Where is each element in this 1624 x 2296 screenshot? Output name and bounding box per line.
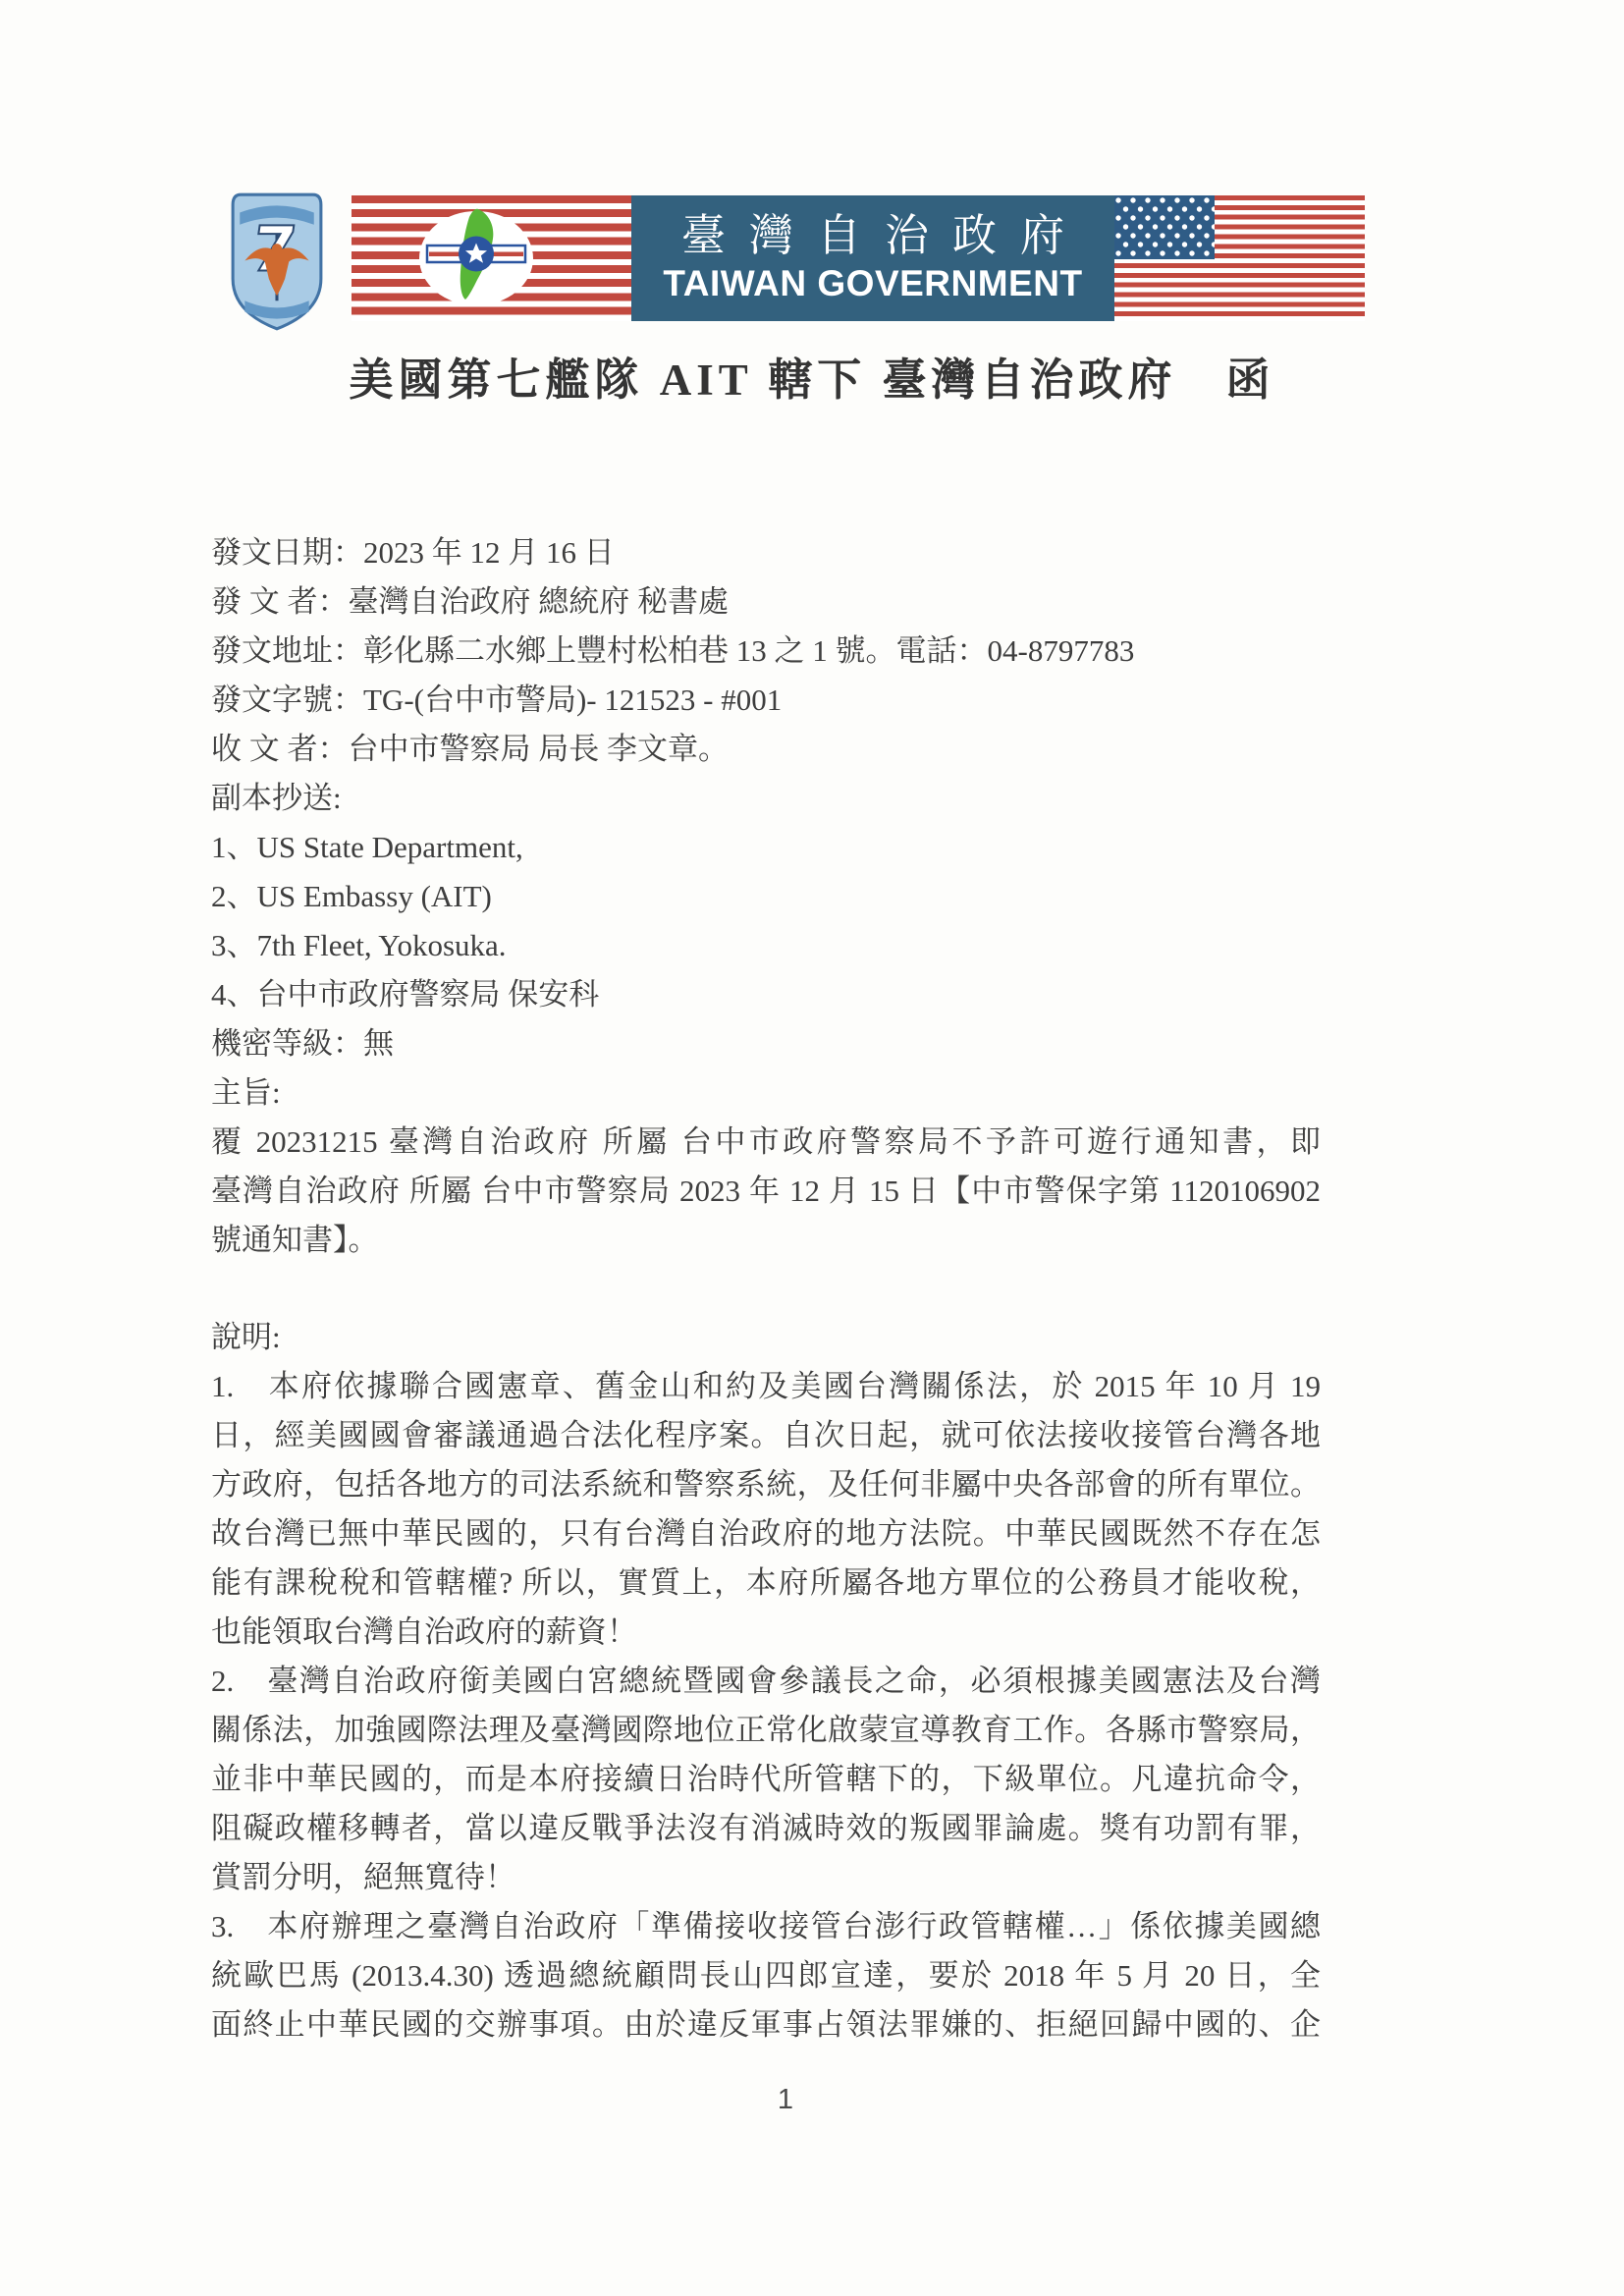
paragraph-3-line: 統歐巴馬 (2013.4.30) 透過總統顧問長山四郎宣達，要於 2018 年 … — [211, 1951, 1321, 2000]
document-title: 美國第七艦隊 AIT 轄下 臺灣自治政府 函 — [0, 344, 1624, 408]
meta-line-address: 發文地址：彰化縣二水鄉上豐村松柏巷 13 之 1 號。電話：04-8797783 — [211, 627, 1321, 676]
subject-text-line: 臺灣自治政府 所屬 台中市警察局 2023 年 12 月 15 日【中市警保字第… — [211, 1167, 1321, 1216]
cc-item-2: 2、US Embassy (AIT) — [211, 872, 1321, 921]
paragraph-1-line: 1. 本府依據聯合國憲章、舊金山和約及美國台灣關係法，於 2015 年 10 月… — [211, 1362, 1321, 1411]
subject-text-line: 覆 20231215 臺灣自治政府 所屬 台中市政府警察局不予許可遊行通知書，即 — [211, 1118, 1321, 1167]
subject-text-line: 號通知書】。 — [211, 1216, 1321, 1265]
paragraph-2-line: 關係法，加強國際法理及臺灣國際地位正常化啟蒙宣導教育工作。各縣市警察局， — [211, 1706, 1321, 1755]
meta-line-sender: 發 文 者：臺灣自治政府 總統府 秘書處 — [211, 577, 1321, 627]
banner-title-english: TAIWAN GOVERNMENT — [663, 261, 1082, 306]
banner-title-box: 臺灣自治政府 TAIWAN GOVERNMENT — [631, 195, 1114, 321]
document-page: 7 — [0, 0, 1624, 2296]
paragraph-2-line: 阻礙政權移轉者，當以違反戰爭法沒有消滅時效的叛國罪論處。獎有功罰有罪， — [211, 1804, 1321, 1853]
paragraph-1-line: 方政府，包括各地方的司法系統和警察系統，及任何非屬中央各部會的所有單位。 — [211, 1460, 1321, 1509]
document-meta-section: 發文日期：2023 年 12 月 16 日 發 文 者：臺灣自治政府 總統府 秘… — [211, 528, 1321, 1265]
page-number: 1 — [0, 2084, 1571, 2116]
taiwan-stripes-flag — [352, 195, 631, 321]
meta-line-doc-number: 發文字號：TG-(台中市警局)- 121523 - #001 — [211, 676, 1321, 725]
taiwan-island-emblem — [419, 211, 533, 305]
banner-title-chinese: 臺灣自治政府 — [658, 210, 1088, 261]
cc-item-1: 1、US State Department, — [211, 823, 1321, 872]
document-explanation-section: 說明: 1. 本府依據聯合國憲章、舊金山和約及美國台灣關係法，於 2015 年 … — [211, 1313, 1321, 2050]
meta-line-recipient: 收 文 者：台中市警察局 局長 李文章。 — [211, 725, 1321, 774]
paragraph-2-line: 並非中華民國的，而是本府接續日治時代所管轄下的，下級單位。凡違抗命令， — [211, 1755, 1321, 1804]
paragraph-1-line: 日，經美國國會審議通過合法化程序案。自次日起，就可依法接收接管台灣各地 — [211, 1411, 1321, 1460]
explanation-label: 說明: — [211, 1313, 1321, 1362]
paragraph-1-line: 能有課稅稅和管轄權? 所以，實質上，本府所屬各地方單位的公務員才能收稅， — [211, 1558, 1321, 1608]
paragraph-3-line: 3. 本府辦理之臺灣自治政府「準備接收接管台澎行政管轄權…」係依據美國總 — [211, 1902, 1321, 1951]
paragraph-1-line: 故台灣已無中華民國的，只有台灣自治政府的地方法院。中華民國既然不存在怎 — [211, 1509, 1321, 1558]
paragraph-1-line: 也能領取台灣自治政府的薪資！ — [211, 1608, 1321, 1657]
cc-item-3: 3、7th Fleet, Yokosuka. — [211, 921, 1321, 970]
us-flag-canton — [1114, 195, 1215, 259]
subject-label: 主旨: — [211, 1068, 1321, 1118]
us-flag-stars-icon — [1114, 195, 1215, 259]
air-force-roundel-icon — [427, 237, 525, 272]
classification-line: 機密等級：無 — [211, 1019, 1321, 1068]
paragraph-3-line: 面終止中華民國的交辦事項。由於違反軍事占領法罪嫌的、拒絕回歸中國的、企 — [211, 2000, 1321, 2050]
seventh-fleet-emblem-icon: 7 — [227, 189, 327, 334]
cc-item-4: 4、台中市政府警察局 保安科 — [211, 970, 1321, 1019]
flag-banner: 臺灣自治政府 TAIWAN GOVERNMENT — [352, 195, 1365, 321]
meta-line-date: 發文日期：2023 年 12 月 16 日 — [211, 528, 1321, 577]
cc-label: 副本抄送: — [211, 774, 1321, 823]
us-flag — [1114, 195, 1365, 321]
paragraph-2-line: 賞罰分明，絕無寬待！ — [211, 1853, 1321, 1902]
paragraph-2-line: 2. 臺灣自治政府銜美國白宮總統暨國會參議長之命，必須根據美國憲法及台灣 — [211, 1657, 1321, 1706]
